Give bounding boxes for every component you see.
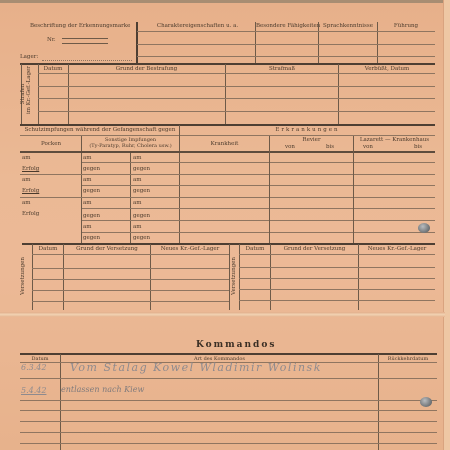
- kommando-entry-date: 5.4.42: [21, 386, 46, 395]
- divider: [378, 354, 379, 450]
- vacc-cell: gegen: [133, 235, 150, 241]
- illnesses-title: Erkrankungen: [180, 127, 435, 133]
- rule: [20, 378, 437, 379]
- vacc-cell: am: [83, 224, 92, 230]
- vacc-cell: am: [133, 224, 142, 230]
- vacc-cell: am: [83, 177, 92, 183]
- col-date: Datum: [240, 246, 270, 252]
- rule: [20, 151, 435, 153]
- col-date: Datum: [33, 246, 63, 252]
- rule: [20, 174, 435, 175]
- kommando-entry-type: Vom Stalag Kowel Wladimir Wolinsk: [70, 361, 322, 374]
- divider: [269, 136, 270, 243]
- vacc-cell: gegen: [133, 166, 150, 172]
- col-pocken: Pocken: [22, 141, 80, 147]
- col-abilities: Besondere Fähigkeiten: [256, 23, 318, 29]
- punch-hole-upper: [418, 223, 430, 233]
- col-other-vacc-sub: (Ty-Paratyp, Ruhr, Cholera usw.): [82, 143, 179, 149]
- vacc-cell: am: [133, 177, 142, 183]
- rule: [32, 254, 229, 255]
- rule: [20, 410, 437, 411]
- vacc-cell: am: [133, 200, 142, 206]
- rule: [82, 220, 435, 221]
- col-served: Verbüßt, Datum: [339, 66, 435, 72]
- kommando-entry-date: 6.3.42: [21, 363, 46, 372]
- rule: [137, 44, 435, 45]
- rule: [82, 185, 435, 186]
- rule: [32, 290, 229, 291]
- vacc-cell: gegen: [83, 188, 100, 194]
- col-new-camp: Neues Kr.-Gef.-Lager: [151, 246, 229, 252]
- col-penalty: Strafmaß: [226, 66, 338, 72]
- rule: [38, 98, 435, 99]
- vacc-cell: am: [22, 200, 31, 206]
- kommandos-title: Kommandos: [196, 340, 276, 350]
- section-rule: [20, 63, 435, 65]
- vacc-cell: gegen: [83, 213, 100, 219]
- vacc-cell: am: [83, 200, 92, 206]
- rule: [38, 86, 435, 87]
- rule: [38, 73, 435, 74]
- rule: [32, 268, 229, 269]
- divider: [229, 244, 230, 310]
- rule: [239, 300, 435, 301]
- rule: [38, 111, 435, 112]
- side-label-line2: im Kr.-Gef.-Lager: [26, 66, 32, 114]
- transfers-side-label-left: Versetzungen: [20, 251, 26, 301]
- rule: [20, 443, 437, 444]
- lager-label: Lager:: [20, 54, 38, 60]
- rule: [20, 135, 179, 136]
- col-conduct: Führung: [378, 23, 434, 29]
- scan-top-edge: [0, 0, 450, 3]
- col-illness: Krankheit: [180, 141, 269, 147]
- divider: [136, 22, 138, 64]
- rule: [32, 279, 229, 280]
- vacc-cell: gegen: [83, 166, 100, 172]
- rule: [32, 301, 229, 302]
- transfers-side-label-right: Versetzungen: [231, 251, 237, 301]
- vacc-cell: Erfolg: [22, 211, 39, 217]
- col-transfer-reason: Grund der Versetzung: [64, 246, 150, 252]
- revier-bis: bis: [326, 144, 334, 150]
- rule: [82, 162, 435, 163]
- col-date: Datum: [39, 66, 67, 72]
- paper-fold: [0, 312, 445, 317]
- punch-hole-lower: [420, 397, 432, 407]
- vacc-cell: gegen: [133, 188, 150, 194]
- vacc-cell: gegen: [83, 235, 100, 241]
- rule: [82, 208, 435, 209]
- vacc-cell: Erfolg: [22, 166, 39, 172]
- rule: [239, 278, 435, 279]
- section-rule: [20, 124, 435, 126]
- rule: [180, 135, 435, 136]
- rule: [137, 31, 435, 32]
- rule: [20, 432, 437, 433]
- rule: [239, 289, 435, 290]
- col-languages: Sprachkenntnisse: [319, 23, 377, 29]
- vacc-cell: am: [22, 177, 31, 183]
- rule: [239, 254, 435, 255]
- scan-right-edge: [443, 0, 450, 450]
- nr-label: Nr.: [47, 37, 56, 43]
- col-lazarett: Lazarett — Krankenhaus: [354, 137, 435, 143]
- punishments-side-label: Strafen im Kr.-Gef.-Lager: [20, 74, 32, 114]
- vacc-cell: am: [83, 155, 92, 161]
- vaccinations-title: Schutzimpfungen während der Gefangenscha…: [22, 127, 178, 133]
- vacc-cell: Erfolg: [22, 188, 39, 194]
- col-character: Charaktereigenschaften u. a.: [140, 23, 255, 29]
- section-rule: [20, 353, 437, 355]
- revier-von: von: [285, 144, 295, 150]
- rule: [20, 400, 437, 401]
- nr-field[interactable]: [62, 38, 108, 44]
- vacc-cell: am: [22, 155, 31, 161]
- rule: [82, 232, 435, 233]
- divider: [353, 136, 354, 243]
- lager-field[interactable]: [42, 60, 132, 61]
- divider: [60, 354, 61, 450]
- vacc-cell: gegen: [133, 213, 150, 219]
- lazarett-bis: bis: [414, 144, 422, 150]
- col-revier: Revier: [270, 137, 353, 143]
- kommando-entry-type: entlassen nach Kiew: [61, 385, 144, 394]
- col-transfer-reason: Grund der Versetzung: [271, 246, 358, 252]
- rule: [137, 56, 435, 57]
- id-tag-label: Beschriftung der Erkennungsmarke: [30, 23, 130, 29]
- rule: [20, 421, 437, 422]
- vacc-cell: am: [133, 155, 142, 161]
- col-reason: Grund der Bestrafung: [69, 66, 224, 72]
- rule: [20, 197, 435, 198]
- rule: [239, 267, 435, 268]
- col-new-camp: Neues Kr.-Gef.-Lager: [359, 246, 435, 252]
- lazarett-von: von: [363, 144, 373, 150]
